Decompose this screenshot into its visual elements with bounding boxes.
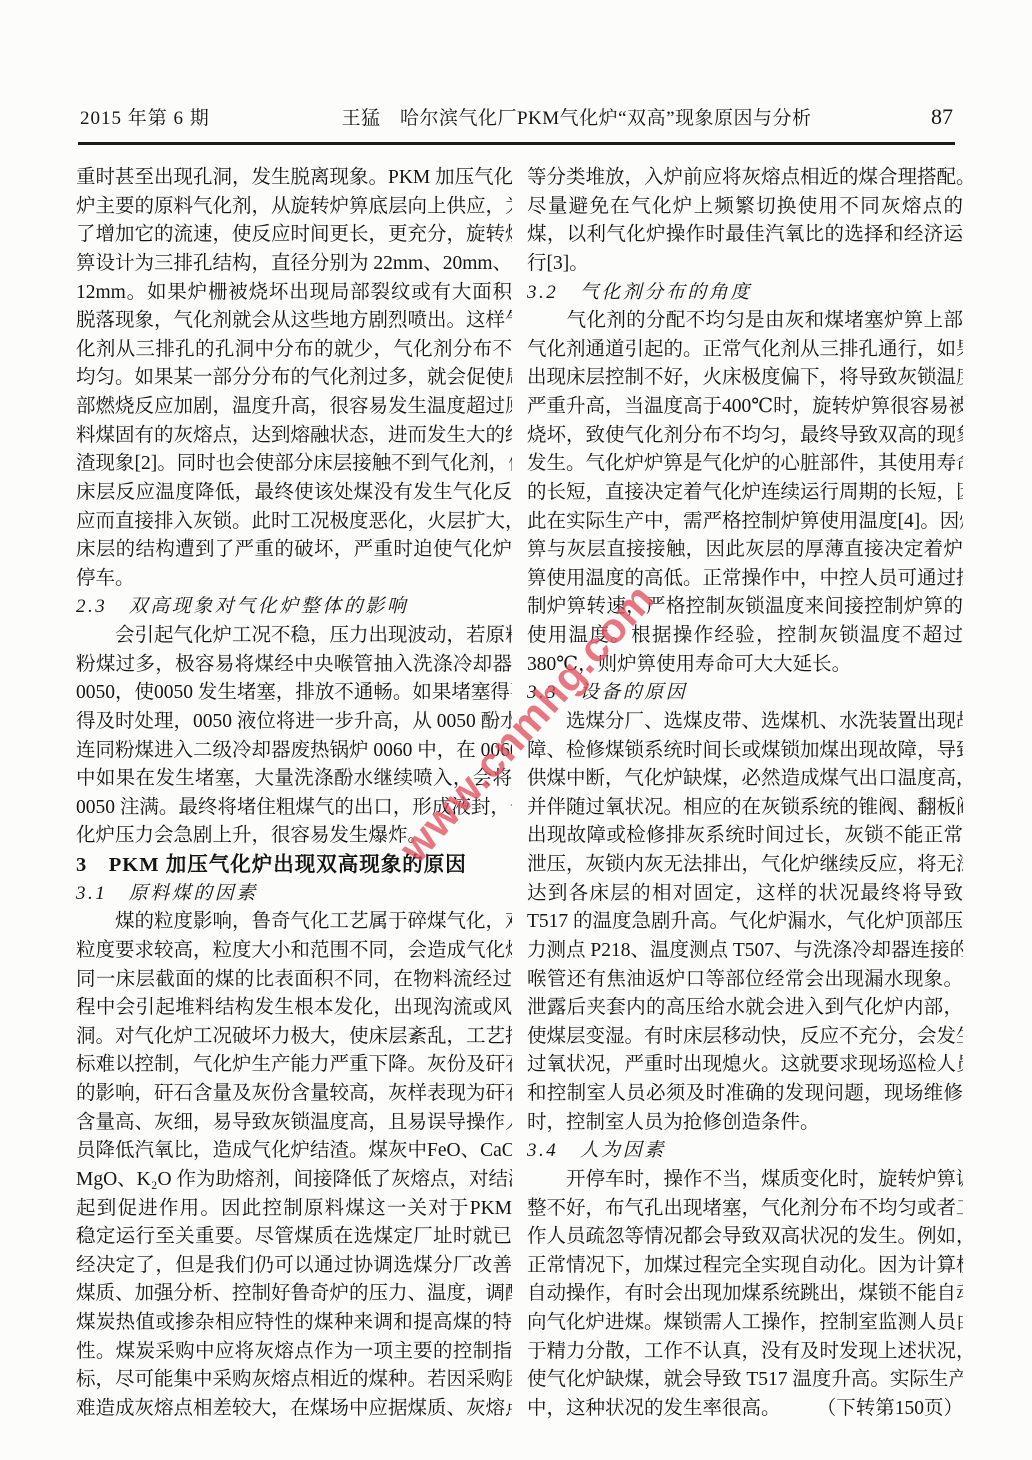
text-line: 会引起气化炉工况不稳，压力出现波动，若原料 xyxy=(76,622,512,651)
text-line: 制炉箅转速，严格控制灰锁温度来间接控制炉箅的 xyxy=(527,593,963,622)
text-line: 应而直接排入灰锁。此时工况极度恶化，火层扩大， xyxy=(76,508,512,537)
text-line: 员降低汽氧比，造成气化炉结渣。煤灰中FeO、CaO、 xyxy=(76,1137,512,1166)
text-line: 程中会引起堆料结构发生根本发化，出现沟流或风 xyxy=(76,994,512,1023)
text-line: 380℃，则炉箅使用寿命可大大延长。 xyxy=(527,651,963,680)
text-line: 于精力分散，工作不认真，没有及时发现上述状况， xyxy=(527,1338,963,1367)
text-line: 向气化炉进煤。煤锁需人工操作，控制室监测人员由 xyxy=(527,1309,963,1338)
text-line: 选煤分厂、选煤皮带、选煤机、水洗装置出现故 xyxy=(527,708,963,737)
text-line: T517 的温度急剧升高。气化炉漏水，气化炉顶部压 xyxy=(527,908,963,937)
text-line: 粒度要求较高，粒度大小和范围不同，会造成气化炉 xyxy=(76,937,512,966)
text-line: 煤，以利气化炉操作时最佳汽氧比的选择和经济运 xyxy=(527,221,963,250)
section-heading: 2.3 双高现象对气化炉整体的影响 xyxy=(76,593,512,622)
text-line: 煤质、加强分析、控制好鲁奇炉的压力、温度，调配好 xyxy=(76,1280,512,1309)
text-line: 了增加它的流速，使反应时间更长，更充分，旋转炉 xyxy=(76,221,512,250)
text-line: 料煤固有的灰熔点，达到熔融状态，进而发生大的结 xyxy=(76,422,512,451)
continuation-note: （下转第150页） xyxy=(817,1395,963,1424)
text-line: 煤炭热值或掺杂相应特性的煤种来调和提高煤的特 xyxy=(76,1309,512,1338)
text-line: 部燃烧反应加剧，温度升高，很容易发生温度超过原 xyxy=(76,393,512,422)
text-line: 气化剂的分配不均匀是由灰和煤堵塞炉箅上部 xyxy=(527,307,963,336)
text-line: 0050，使0050 发生堵塞，排放不通畅。如果堵塞得不 xyxy=(76,679,512,708)
text-line: 粉煤过多，极容易将煤经中央喉管抽入洗涤冷却器 xyxy=(76,651,512,680)
text-line: 过氧状况，严重时出现熄火。这就要求现场巡检人员 xyxy=(527,1051,963,1080)
text-line: 气化剂通道引起的。正常气化剂从三排孔通行，如果 xyxy=(527,336,963,365)
text-line: MgO、K₂O 作为助熔剂，间接降低了灰熔点，对结渣 xyxy=(76,1166,512,1195)
text-column-left: 重时甚至出现孔洞，发生脱离现象。PKM 加压气化炉主要的原料气化剂，从旋转炉箅底… xyxy=(76,164,512,1424)
text-line: 使用温度。根据操作经验，控制灰锁温度不超过 xyxy=(527,622,963,651)
text-line: 箅与灰层直接接触，因此灰层的厚薄直接决定着炉 xyxy=(527,536,963,565)
section-heading: 3.3 设备的原因 xyxy=(527,679,963,708)
text-line: 供煤中断，气化炉缺煤，必然造成煤气出口温度高， xyxy=(527,765,963,794)
text-line: 经决定了，但是我们仍可以通过协调选煤分厂改善 xyxy=(76,1252,512,1281)
text-line: 箅使用温度的高低。正常操作中，中控人员可通过控 xyxy=(527,565,963,594)
text-line: 达到各床层的相对固定，这样的状况最终将导致 xyxy=(527,880,963,909)
text-line: 烧坏，致使气化剂分布不均匀，最终导致双高的现象 xyxy=(527,422,963,451)
page-header: 2015 年第 6 期 王猛 哈尔滨气化厂PKM气化炉“双高”现象原因与分析 8… xyxy=(80,103,953,130)
text-line: 稳定运行至关重要。尽管煤质在选煤定厂址时就已 xyxy=(76,1223,512,1252)
section-heading: 3.4 人为因素 xyxy=(527,1137,963,1166)
text-line: 12mm。如果炉栅被烧坏出现局部裂纹或有大面积 xyxy=(76,279,512,308)
text-line: 此在实际生产中，需严格控制炉箅使用温度[4]。因炉 xyxy=(527,508,963,537)
text-line: 泄露后夹套内的高压给水就会进入到气化炉内部， xyxy=(527,994,963,1023)
text-line: 出现床层控制不好，火床极度偏下，将导致灰锁温度 xyxy=(527,364,963,393)
text-line-part: 中，这种状况的发生率很高。 xyxy=(527,1395,781,1424)
running-title: 王猛 哈尔滨气化厂PKM气化炉“双高”现象原因与分析 xyxy=(270,103,883,130)
text-line: 标，尽可能集中采购灰熔点相近的煤种。若因采购困 xyxy=(76,1366,512,1395)
text-line: 发生。气化炉炉箅是气化炉的心脏部件，其使用寿命 xyxy=(527,450,963,479)
text-line: 和控制室人员必须及时准确的发现问题，现场维修 xyxy=(527,1080,963,1109)
text-line: 尽量避免在气化炉上频繁切换使用不同灰熔点的 xyxy=(527,193,963,222)
text-line: 重时甚至出现孔洞，发生脱离现象。PKM 加压气化 xyxy=(76,164,512,193)
text-line: 均匀。如果某一部分分布的气化剂过多，就会促使局 xyxy=(76,364,512,393)
text-line: 标难以控制，气化炉生产能力严重下降。灰份及矸石 xyxy=(76,1051,512,1080)
text-line: 整不好，布气孔出现堵塞，气化剂分布不均匀或者工 xyxy=(527,1195,963,1224)
text-line: 泄压，灰锁内灰无法排出，气化炉继续反应，将无法 xyxy=(527,851,963,880)
text-line: 力测点 P218、温度测点 T507、与洗涤冷却器连接的 xyxy=(527,937,963,966)
text-line: 中，这种状况的发生率很高。（下转第150页） xyxy=(527,1395,963,1424)
text-line: 使气化炉缺煤，就会导致 T517 温度升高。实际生产 xyxy=(527,1366,963,1395)
journal-issue: 2015 年第 6 期 xyxy=(80,103,270,130)
text-line: 箅设计为三排孔结构，直径分别为 22mm、20mm、 xyxy=(76,250,512,279)
text-line: 并伴随过氧状况。相应的在灰锁系统的锥阀、翻板阀 xyxy=(527,794,963,823)
text-line: 喉管还有焦油返炉口等部位经常会出现漏水现象。 xyxy=(527,966,963,995)
section-heading: 3.2 气化剂分布的角度 xyxy=(527,279,963,308)
journal-page: 2015 年第 6 期 王猛 哈尔滨气化厂PKM气化炉“双高”现象原因与分析 8… xyxy=(0,0,1032,1460)
text-line: 自动操作，有时会出现加煤系统跳出，煤锁不能自动 xyxy=(527,1280,963,1309)
text-line: 开停车时，操作不当，煤质变化时，旋转炉箅调 xyxy=(527,1166,963,1195)
text-line: 得及时处理，0050 液位将进一步升高，从 0050 酚水 xyxy=(76,708,512,737)
text-line: 时，控制室人员为抢修创造条件。 xyxy=(527,1109,963,1138)
section-heading: 3.1 原料煤的因素 xyxy=(76,880,512,909)
text-line: 炉主要的原料气化剂，从旋转炉箅底层向上供应，为 xyxy=(76,193,512,222)
text-line: 等分类堆放，入炉前应将灰熔点相近的煤合理搭配。 xyxy=(527,164,963,193)
text-line: 障、检修煤锁系统时间长或煤锁加煤出现故障，导致 xyxy=(527,737,963,766)
text-line: 行[3]。 xyxy=(527,250,963,279)
text-line: 脱落现象，气化剂就会从这些地方剧烈喷出。这样气 xyxy=(76,307,512,336)
header-rule xyxy=(78,142,955,145)
text-line: 正常情况下，加煤过程完全实现自动化。因为计算机 xyxy=(527,1252,963,1281)
text-line: 作人员疏忽等情况都会导致双高状况的发生。例如， xyxy=(527,1223,963,1252)
text-line: 同一床层截面的煤的比表面积不同，在物料流经过 xyxy=(76,966,512,995)
text-line: 难造成灰熔点相差较大，在煤场中应据煤质、灰熔点 xyxy=(76,1395,512,1424)
text-line: 床层反应温度降低，最终使该处煤没有发生气化反 xyxy=(76,479,512,508)
text-line: 停车。 xyxy=(76,565,512,594)
text-line: 0050 注满。最终将堵住粗煤气的出口，形成液封，气 xyxy=(76,794,512,823)
text-line: 出现故障或检修排灰系统时间过长，灰锁不能正常 xyxy=(527,822,963,851)
text-line: 煤的粒度影响，鲁奇气化工艺属于碎煤气化，对 xyxy=(76,908,512,937)
text-line: 化剂从三排孔的孔洞中分布的就少，气化剂分布不 xyxy=(76,336,512,365)
text-line: 起到促进作用。因此控制原料煤这一关对于PKM xyxy=(76,1195,512,1224)
text-line: 严重升高，当温度高于400℃时，旋转炉箅很容易被 xyxy=(527,393,963,422)
text-line: 含量高、灰细，易导致灰锁温度高，且易误导操作人 xyxy=(76,1109,512,1138)
text-line: 床层的结构遭到了严重的破坏，严重时迫使气化炉 xyxy=(76,536,512,565)
page-number: 87 xyxy=(883,104,953,130)
section-heading: 3 PKM 加压气化炉出现双高现象的原因 xyxy=(76,851,512,880)
text-line: 中如果在发生堵塞，大量洗涤酚水继续喷入，会将 xyxy=(76,765,512,794)
text-line: 性。煤炭采购中应将灰熔点作为一项主要的控制指 xyxy=(76,1338,512,1367)
text-line: 的影响，矸石含量及灰份含量较高，灰样表现为矸石 xyxy=(76,1080,512,1109)
text-line: 连同粉煤进入二级冷却器废热锅炉 0060 中，在 0060 xyxy=(76,737,512,766)
text-line: 渣现象[2]。同时也会使部分床层接触不到气化剂，使 xyxy=(76,450,512,479)
text-line: 化炉压力会急剧上升，很容易发生爆炸。 xyxy=(76,822,512,851)
text-line: 使煤层变湿。有时床层移动快，反应不充分，会发生 xyxy=(527,1023,963,1052)
text-line: 的长短，直接决定着气化炉连续运行周期的长短，因 xyxy=(527,479,963,508)
text-column-right: 等分类堆放，入炉前应将灰熔点相近的煤合理搭配。尽量避免在气化炉上频繁切换使用不同… xyxy=(527,164,963,1424)
text-line: 洞。对气化炉工况破坏力极大，使床层紊乱，工艺指 xyxy=(76,1023,512,1052)
